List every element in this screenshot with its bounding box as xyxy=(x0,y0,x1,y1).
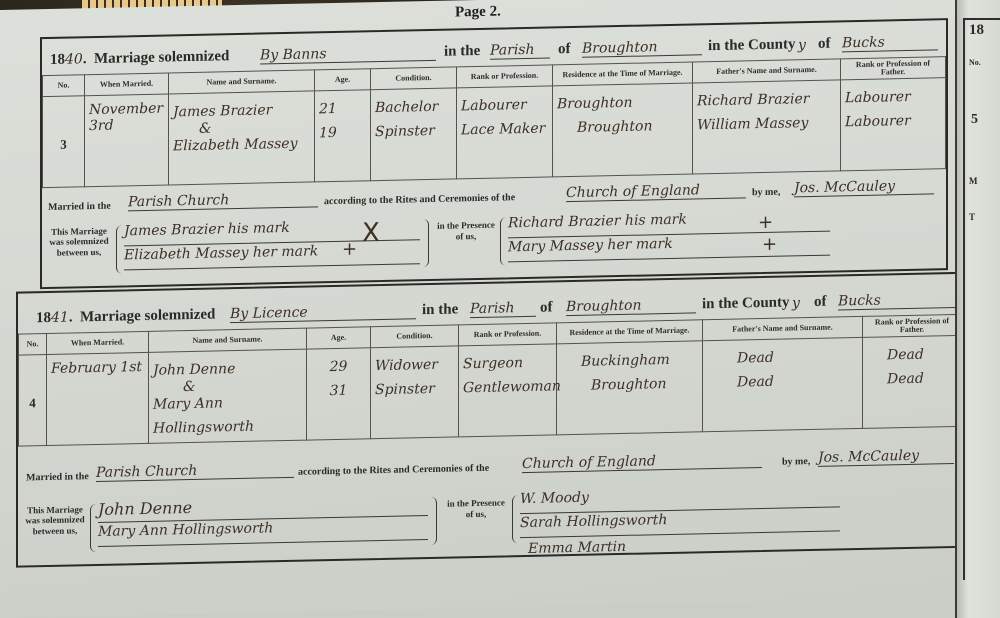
father-rank-cell: Dead Dead xyxy=(863,335,962,428)
label-this-marriage: This Marriage was solemnized between us, xyxy=(22,504,88,536)
county: Bucks xyxy=(842,33,938,52)
facing-page: 18 No. 5 M T xyxy=(955,0,1000,618)
when-married: November 3rd xyxy=(85,94,169,187)
officiant: Jos. McCauley xyxy=(818,447,954,467)
label-by-me: by me, xyxy=(752,187,780,199)
facing-no-header: No. xyxy=(969,58,981,67)
bride-age: 19 xyxy=(319,120,366,145)
groom-condition: Bachelor xyxy=(375,95,452,121)
solemnized-by: By Licence xyxy=(230,302,416,323)
officiant: Jos. McCauley xyxy=(794,177,934,197)
label-marriage-solemnized: Marriage solemnized xyxy=(80,306,215,326)
facing-entry-number: 5 xyxy=(971,112,978,128)
names-cell: John Denne & Mary Ann Hollingsworth xyxy=(149,349,307,443)
groom-name: James Brazier xyxy=(173,98,310,125)
col-rank: Rank or Profession. xyxy=(457,65,553,88)
facing-this-label: T xyxy=(969,212,975,222)
age-cell: 21 19 xyxy=(315,90,371,182)
residence-cell: Buckingham Broughton xyxy=(557,341,703,435)
col-residence: Residence at the Time of Marriage. xyxy=(553,62,693,86)
bride-age: 31 xyxy=(311,378,366,403)
register-table: No. When Married. Name and Surname. Age.… xyxy=(18,314,962,447)
label-this-marriage: This Marriage was solemnized between us, xyxy=(46,226,112,258)
bride-residence: Broughton xyxy=(561,371,698,398)
label-in-the-county: in the County xyxy=(702,294,790,313)
year-suffix: 41 xyxy=(51,310,69,326)
place: Broughton xyxy=(566,296,696,316)
col-father-rank: Rank or Profession of Father. xyxy=(863,314,962,337)
table-row: 3 November 3rd James Brazier & Elizabeth… xyxy=(43,78,946,188)
year: 1840. xyxy=(50,51,87,69)
col-no: No. xyxy=(43,75,85,97)
label-married-in: Married in the xyxy=(48,201,111,213)
place: Broughton xyxy=(582,38,702,58)
page-number: Page 2. xyxy=(455,4,501,22)
col-condition: Condition. xyxy=(371,67,457,90)
label-in-the-county: in the County xyxy=(708,36,796,55)
groom-father: Richard Brazier xyxy=(697,86,836,113)
facing-page-frame xyxy=(963,18,1000,580)
married-in-place: Parish Church xyxy=(128,190,318,211)
label-according-to: according to the Rites and Ceremonies of… xyxy=(324,192,515,207)
bride-father-rank: Dead xyxy=(867,366,957,392)
label-by-me: by me, xyxy=(782,456,810,468)
names-cell: James Brazier & Elizabeth Massey xyxy=(169,91,315,185)
col-when-married: When Married. xyxy=(47,331,149,354)
groom-rank: Surgeon xyxy=(463,350,552,376)
father-rank-cell: Labourer Labourer xyxy=(841,78,946,171)
district-type: Parish xyxy=(490,41,550,59)
groom-name: John Denne xyxy=(153,356,302,383)
district-type: Parish xyxy=(470,300,536,318)
label-in-presence: in the Presence of us, xyxy=(436,220,496,243)
age-cell: 29 31 xyxy=(307,348,371,440)
residence-cell: Broughton Broughton xyxy=(553,83,693,177)
entry-number: 3 xyxy=(43,96,85,188)
col-rank: Rank or Profession. xyxy=(459,323,557,346)
year: 1841. xyxy=(36,309,73,327)
bride-father-rank: Labourer xyxy=(845,108,941,134)
county: Bucks xyxy=(838,291,956,310)
brace xyxy=(90,504,97,552)
bride-rank: Lace Maker xyxy=(461,117,548,143)
label-in-the: in the xyxy=(444,43,480,61)
groom-father: Dead xyxy=(707,344,858,371)
col-age: Age. xyxy=(315,69,371,91)
condition-cell: Bachelor Spinster xyxy=(371,88,457,181)
bride-residence: Broughton xyxy=(557,114,688,141)
col-condition: Condition. xyxy=(371,325,459,348)
label-of: of xyxy=(540,299,553,316)
witness-3-signature: Emma Martin xyxy=(528,539,626,557)
entry-number: 4 xyxy=(19,355,47,447)
label-in-presence: in the Presence of us, xyxy=(446,497,506,520)
rank-cell: Labourer Lace Maker xyxy=(457,86,553,179)
rites: Church of England xyxy=(522,451,762,473)
groom-father-rank: Dead xyxy=(867,342,957,368)
label-according-to: according to the Rites and Ceremonies of… xyxy=(298,463,489,478)
bride-condition: Spinster xyxy=(375,119,452,145)
brace xyxy=(512,495,519,543)
label-marriage-solemnized: Marriage solemnized xyxy=(94,48,229,68)
groom-condition: Widower xyxy=(375,352,454,378)
col-residence: Residence at the Time of Marriage. xyxy=(557,320,703,344)
groom-rank: Labourer xyxy=(461,93,548,119)
table-row: 4 February 1st John Denne & Mary Ann Hol… xyxy=(19,335,962,446)
groom-residence: Buckingham xyxy=(561,347,698,374)
marriage-entry-1840: 1840. Marriage solemnized By Banns in th… xyxy=(40,18,948,289)
register-table: No. When Married. Name and Surname. Age.… xyxy=(42,56,946,188)
signature-block: This Marriage was solemnized between us,… xyxy=(42,204,946,281)
mark-x-icon: X xyxy=(362,218,380,248)
solemnized-by: By Banns xyxy=(260,44,436,65)
year-suffix: 40 xyxy=(65,51,83,67)
label-in-the: in the xyxy=(422,301,458,319)
brace xyxy=(422,219,429,267)
county-suffix: y xyxy=(798,37,806,53)
groom-father-rank: Labourer xyxy=(845,84,941,110)
father-cell: Richard Brazier William Massey xyxy=(693,80,841,174)
when-married: February 1st xyxy=(47,352,149,445)
groom-age: 29 xyxy=(311,354,366,379)
married-in-place: Parish Church xyxy=(96,461,294,482)
label-of: of xyxy=(818,36,831,53)
brace xyxy=(116,225,123,273)
brace xyxy=(500,217,507,265)
rank-cell: Surgeon Gentlewoman xyxy=(459,344,557,437)
married-in-line: Married in the Parish Church according t… xyxy=(18,440,962,488)
bride-rank: Gentlewoman xyxy=(463,374,552,400)
label-of: of xyxy=(814,294,827,311)
label-of: of xyxy=(558,41,571,58)
label-married-in: Married in the xyxy=(26,471,89,483)
mark-cross-icon: + xyxy=(758,212,773,233)
facing-married-label: M xyxy=(969,176,978,186)
mark-cross-icon: + xyxy=(342,239,357,260)
bride-father: Dead xyxy=(707,368,858,395)
bride-name: Elizabeth Massey xyxy=(173,132,310,159)
register-page: Page 2. 1840. Marriage solemnized By Ban… xyxy=(0,0,955,618)
bride-name: Mary Ann Hollingsworth xyxy=(153,390,302,417)
groom-residence: Broughton xyxy=(557,90,688,117)
col-when-married: When Married. xyxy=(85,73,169,96)
bride-father: William Massey xyxy=(697,110,836,137)
col-age: Age. xyxy=(307,327,371,349)
marriage-entry-1841: 1841. Marriage solemnized By Licence in … xyxy=(16,272,964,568)
facing-year: 18 xyxy=(969,22,984,39)
groom-age: 21 xyxy=(319,96,366,121)
father-cell: Dead Dead xyxy=(703,337,863,431)
county-suffix: y xyxy=(792,295,800,311)
col-father-rank: Rank or Profession of Father. xyxy=(841,57,946,80)
rites: Church of England xyxy=(566,181,746,202)
brace xyxy=(430,497,437,545)
mark-cross-icon: + xyxy=(762,234,777,255)
condition-cell: Widower Spinster xyxy=(371,346,459,439)
signature-block: This Marriage was solemnized between us,… xyxy=(18,482,962,560)
col-no: No. xyxy=(19,334,47,356)
bride-condition: Spinster xyxy=(375,376,454,402)
